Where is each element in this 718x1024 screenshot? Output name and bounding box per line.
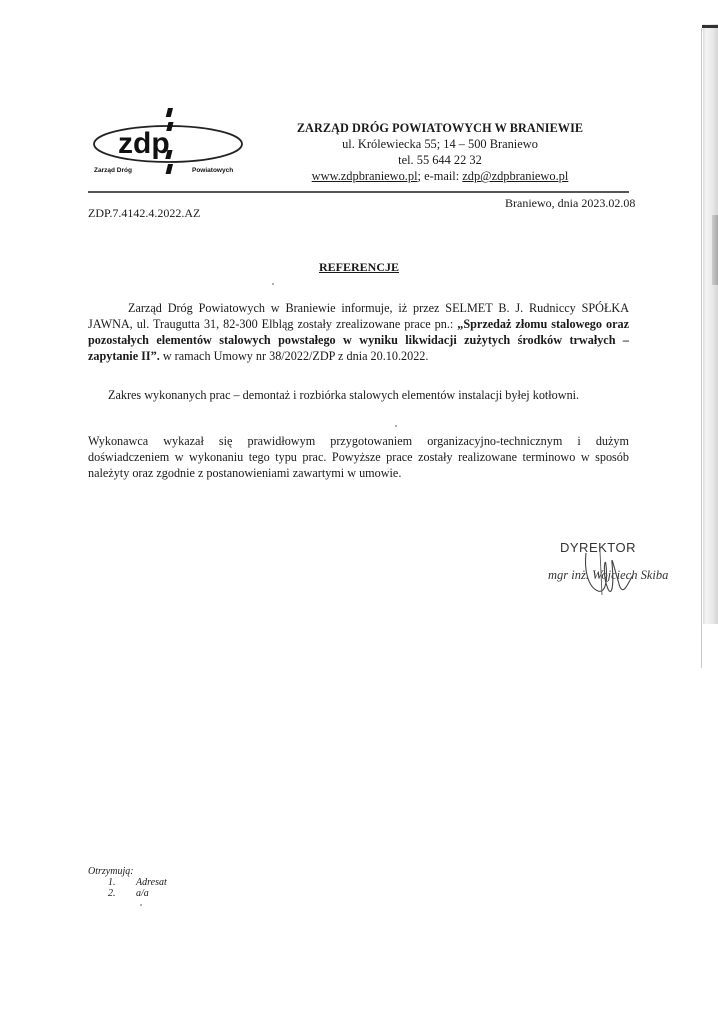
scan-edge-mark (702, 25, 718, 28)
reference-number: ZDP.7.4142.4.2022.AZ (88, 206, 200, 221)
scan-speck (140, 904, 142, 906)
document-title: REFERENCJE (0, 260, 718, 275)
email-label: ; e-mail: (418, 169, 463, 183)
zdp-logo: zdp Zarząd Dróg Powiatowych (88, 104, 248, 182)
body-paragraph-1: Zarząd Dróg Powiatowych w Braniewie info… (88, 300, 629, 364)
organization-address: ul. Królewiecka 55; 14 – 500 Braniewo (290, 136, 590, 152)
organization-name: ZARZĄD DRÓG POWIATOWYCH W BRANIEWIE (290, 120, 590, 136)
organization-contact: www.zdpbraniewo.pl; e-mail: zdp@zdpbrani… (290, 168, 590, 184)
organization-phone: tel. 55 644 22 32 (290, 152, 590, 168)
header-rule (88, 191, 629, 193)
body-paragraph-2: Zakres wykonanych prac – demontaż i rozb… (108, 387, 628, 403)
scan-speck (272, 283, 274, 285)
paragraph-outro: w ramach Umowy nr 38/2022/ZDP z dnia 20.… (160, 349, 429, 363)
place-date: Braniewo, dnia 2023.02.08 (505, 196, 635, 211)
recipients-label: Otrzymują: (88, 866, 167, 877)
body-paragraph-3: Wykonawca wykazał się prawidłowym przygo… (88, 433, 629, 481)
recipients-list: Otrzymują: 1.Adresat 2.a/a (88, 866, 167, 899)
svg-text:Zarząd Dróg: Zarząd Dróg (94, 167, 132, 174)
email-link[interactable]: zdp@zdpbraniewo.pl (462, 169, 568, 183)
handwritten-signature (578, 545, 638, 600)
recipient-item: 2.a/a (88, 888, 167, 899)
recipient-item: 1.Adresat (88, 877, 167, 888)
scan-edge-line (701, 28, 702, 668)
letterhead: ZARZĄD DRÓG POWIATOWYCH W BRANIEWIE ul. … (290, 120, 590, 184)
svg-text:Powiatowych: Powiatowych (192, 167, 233, 174)
scan-speck (395, 425, 397, 427)
website-link[interactable]: www.zdpbraniewo.pl (312, 169, 418, 183)
scan-edge-shadow (703, 24, 718, 624)
svg-text:zdp: zdp (118, 127, 170, 160)
